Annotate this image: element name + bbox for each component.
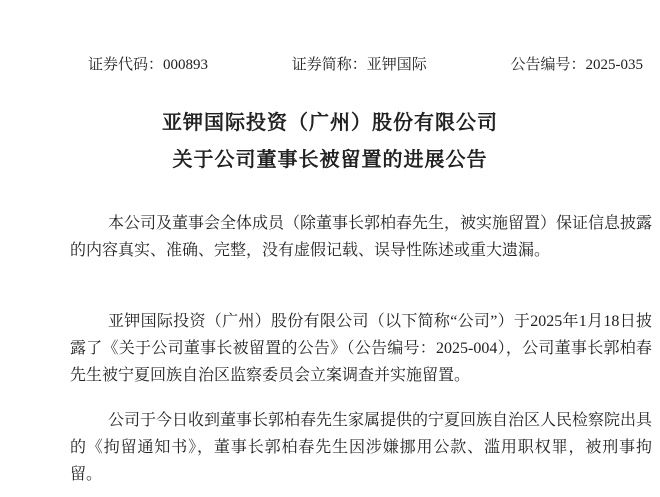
document-title-line1: 亚钾国际投资（广州）股份有限公司	[0, 105, 660, 142]
announcement-number-label: 公告编号：	[510, 57, 585, 73]
stock-code-label: 证券代码：	[88, 57, 163, 73]
background-paragraph: 亚钾国际投资（广州）股份有限公司（以下简称“公司”）于2025年1月18日披露了…	[70, 308, 652, 389]
document-title-line2: 关于公司董事长被留置的进展公告	[0, 142, 660, 179]
disclaimer-paragraph: 本公司及董事会全体成员（除董事长郭柏春先生，被实施留置）保证信息披露的内容真实、…	[70, 210, 652, 264]
stock-name: 证券简称：亚钾国际	[292, 55, 427, 75]
announcement-number-value: 2025-035	[586, 57, 644, 73]
announcement-number: 公告编号：2025-035	[510, 55, 643, 75]
document-title: 亚钾国际投资（广州）股份有限公司 关于公司董事长被留置的进展公告	[0, 105, 660, 179]
stock-code-value: 000893	[163, 57, 208, 73]
progress-paragraph: 公司于今日收到董事长郭柏春先生家属提供的宁夏回族自治区人民检察院出具的《拘留通知…	[70, 407, 652, 488]
stock-code: 证券代码：000893	[88, 55, 208, 75]
document-body: 本公司及董事会全体成员（除董事长郭柏春先生，被实施留置）保证信息披露的内容真实、…	[70, 210, 652, 488]
stock-name-value: 亚钾国际	[367, 57, 427, 73]
stock-info-header: 证券代码：000893 证券简称：亚钾国际 公告编号：2025-035	[88, 55, 643, 75]
announcement-page: 证券代码：000893 证券简称：亚钾国际 公告编号：2025-035 亚钾国际…	[0, 0, 660, 497]
stock-name-label: 证券简称：	[292, 57, 367, 73]
